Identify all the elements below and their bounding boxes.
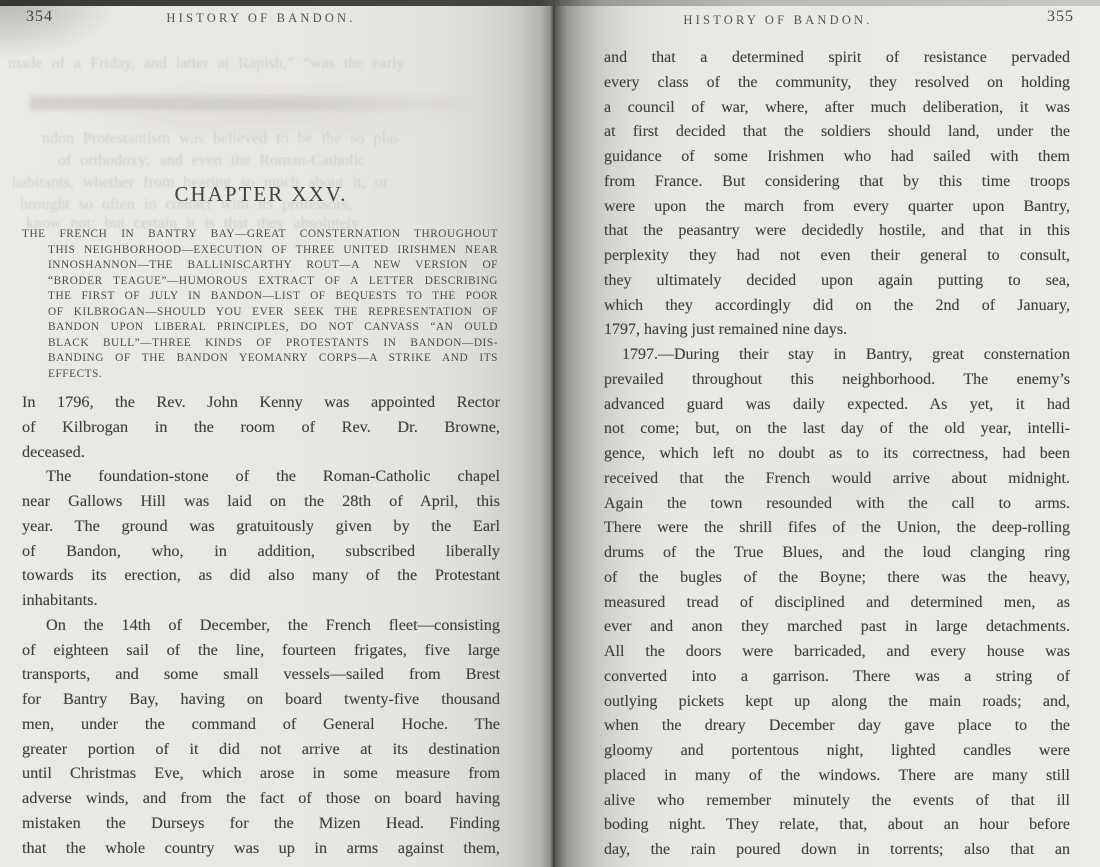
- running-header-right: HISTORY OF BANDON.: [613, 13, 943, 28]
- summary-line: “BRODER TEAGUE”—HUMOROUS EXTRACT OF A LE…: [22, 274, 498, 290]
- text-line: There were the shrill fifes of the Union…: [604, 516, 1070, 541]
- page-number-right: 355: [1047, 8, 1074, 26]
- text-line: that the whole country was up in arms ag…: [22, 836, 500, 861]
- text-line: they ultimately decided upon again putti…: [604, 269, 1070, 294]
- text-line: In 1796, the Rev. John Kenny was appoint…: [22, 390, 500, 415]
- text-line: advanced guard was daily expected. As ye…: [604, 393, 1070, 418]
- summary-line: BANDING OF THE BANDON YEOMANRY CORPS—A S…: [22, 351, 498, 367]
- scan-corner-shade: [0, 0, 120, 60]
- text-line: a council of war, where, after much deli…: [604, 96, 1070, 121]
- text-line: were upon the march from every quarter u…: [604, 195, 1070, 220]
- text-line: until Christmas Eve, which arose in some…: [22, 761, 500, 786]
- chapter-summary: THE FRENCH IN BANTRY BAY—GREAT CONSTERNA…: [22, 227, 498, 382]
- text-line: Again the town resounded with the call t…: [604, 492, 1070, 517]
- page-355: HISTORY OF BANDON. 355 and that a determ…: [553, 0, 1100, 867]
- text-line: deceased.: [22, 440, 500, 465]
- text-line: converted into a garrison. There was a s…: [604, 665, 1070, 690]
- summary-line: EFFECTS.: [22, 367, 498, 383]
- text-line: transports, and some small vessels—saile…: [22, 662, 500, 687]
- text-line: guidance of some Irishmen who had sailed…: [604, 145, 1070, 170]
- text-line: from France. But considering that by thi…: [604, 170, 1070, 195]
- text-line: The foundation-stone of the Roman-Cathol…: [22, 464, 500, 489]
- text-line: On the 14th of December, the French flee…: [22, 613, 500, 638]
- summary-line: THIS NEIGHBORHOOD—EXECUTION OF THREE UNI…: [22, 243, 498, 259]
- bleedthrough-line: ndon Protestantism was believed to be th…: [42, 130, 399, 148]
- text-line: at first decided that the soldiers shoul…: [604, 120, 1070, 145]
- text-line: prevailed throughout this neighborhood. …: [604, 368, 1070, 393]
- text-line: boding night. They relate, that, about a…: [604, 813, 1070, 838]
- text-line: received that the French would arrive ab…: [604, 467, 1070, 492]
- summary-line: THE FRENCH IN BANTRY BAY—GREAT CONSTERNA…: [22, 227, 498, 243]
- text-line: alive who remember minutely the events o…: [604, 789, 1070, 814]
- text-line: for Bantry Bay, having on board twenty-f…: [22, 687, 500, 712]
- text-line: outlying pickets kept up along the main …: [604, 690, 1070, 715]
- text-line: not come; but, on the last day of the ol…: [604, 417, 1070, 442]
- summary-line: BANDON UPON LIBERAL PRINCIPLES, DO NOT C…: [22, 320, 498, 336]
- chapter-heading: CHAPTER XXV.: [22, 182, 500, 207]
- text-line: that the peasantry were decidedly hostil…: [604, 219, 1070, 244]
- text-line: of Kilbrogan in the room of Rev. Dr. Bro…: [22, 415, 500, 440]
- text-line: near Gallows Hill was laid on the 28th o…: [22, 489, 500, 514]
- book-scan: made of a Friday, and latter at Rapish,”…: [0, 0, 1100, 867]
- text-line: adverse winds, and from the fact of thos…: [22, 786, 500, 811]
- page-354: made of a Friday, and latter at Rapish,”…: [0, 0, 553, 867]
- text-line: every class of the community, they resol…: [604, 71, 1070, 96]
- text-line: when the dreary December day gave place …: [604, 714, 1070, 739]
- text-line: greater portion of it did not arrive at …: [22, 737, 500, 762]
- text-line: which they accordingly did on the 2nd of…: [604, 294, 1070, 319]
- text-line: gloomy and portentous night, lighted can…: [604, 739, 1070, 764]
- right-page-body: and that a determined spirit of resistan…: [604, 46, 1070, 863]
- text-line: towards its erection, as did also many o…: [22, 563, 500, 588]
- text-line: of the bugles of the Boyne; there was th…: [604, 566, 1070, 591]
- text-line: ever and anon they marched past in large…: [604, 615, 1070, 640]
- summary-line: INNOSHANNON—THE BALLINISCARTHY ROUT—A NE…: [22, 258, 498, 274]
- text-line: drums of the True Blues, and the loud cl…: [604, 541, 1070, 566]
- text-line: measured tread of disciplined and determ…: [604, 591, 1070, 616]
- text-line: mistaken the Durseys for the Mizen Head.…: [22, 811, 500, 836]
- left-page-body: In 1796, the Rev. John Kenny was appoint…: [22, 390, 500, 860]
- text-line: of eighteen sail of the line, fourteen f…: [22, 638, 500, 663]
- text-line: and that a determined spirit of resistan…: [604, 46, 1070, 71]
- text-line: inhabitants.: [22, 588, 500, 613]
- text-line: perplexity they had not even their gener…: [604, 244, 1070, 269]
- text-line: 1797.—During their stay in Bantry, great…: [604, 343, 1070, 368]
- summary-line: BLACK BULL”—THREE KINDS OF PROTESTANTS I…: [22, 336, 498, 352]
- text-line: 1797, having just remained nine days.: [604, 318, 1070, 343]
- summary-line: OF KILBROGAN—SHOULD YOU EVER SEEK THE RE…: [22, 305, 498, 321]
- ink-smudge: [30, 96, 490, 110]
- text-line: gence, which left no doubt as to its cor…: [604, 442, 1070, 467]
- text-line: year. The ground was gratuitously given …: [22, 514, 500, 539]
- text-line: day, the rain poured down in torrents; a…: [604, 838, 1070, 863]
- summary-line: THE FIRST OF JULY IN BANDON—LIST OF BEQU…: [22, 289, 498, 305]
- text-line: All the doors were barricaded, and every…: [604, 640, 1070, 665]
- scan-top-edge: [0, 0, 1100, 6]
- text-line: of Bandon, who, in addition, subscribed …: [22, 539, 500, 564]
- text-line: placed in many of the windows. There are…: [604, 764, 1070, 789]
- bleedthrough-line: of orthodoxy; and even the Roman-Catholi…: [58, 152, 365, 170]
- text-line: men, under the command of General Hoche.…: [22, 712, 500, 737]
